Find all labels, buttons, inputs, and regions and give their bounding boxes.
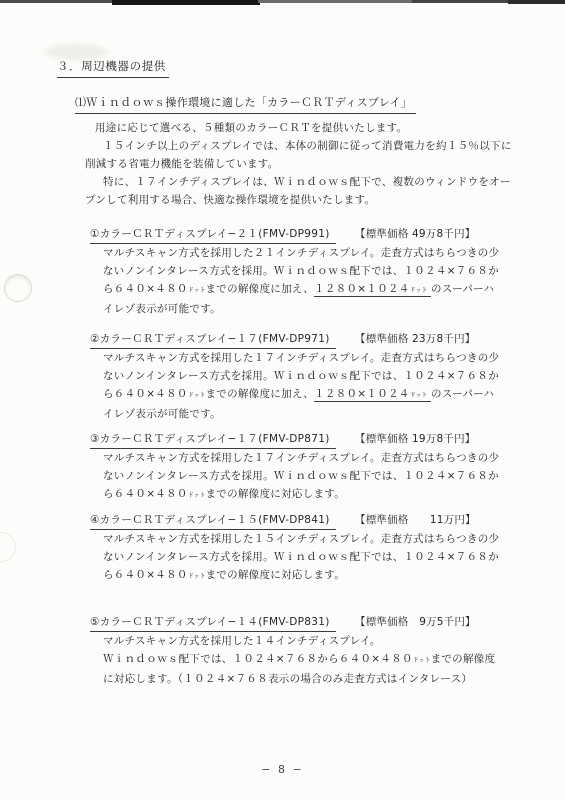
artifact-segment — [112, 0, 260, 5]
product-title: ①カラーＣＲＴディスプレイ−２１(FMV-DP991) — [90, 226, 336, 244]
product-title: ⑤カラーＣＲＴディスプレイ−１４(FMV-DP831) — [90, 614, 336, 632]
product-block-4: ④カラーＣＲＴディスプレイ−１５(FMV-DP841) 【標準価格 11万円】 … — [0, 512, 565, 586]
product-header: ③カラーＣＲＴディスプレイ−１７(FMV-DP871) 【標準価格 19万8千円… — [0, 431, 565, 449]
product-description: マルチスキャン方式を採用した１５インチディスプレイ。走査方式はちらつきの少 ない… — [0, 530, 565, 586]
product-line: ら６４０×４８０ドットまでの解像度に加え、１２８０×１０２４ドット のスーパーハ — [103, 280, 565, 300]
text-segment: マルチスキャン方式を採用した１５インチディスプレイ。走査方式はちらつきの少 — [103, 533, 499, 545]
product-price: 【標準価格 19万8千円】 — [355, 431, 475, 447]
product-title: ②カラーＣＲＴディスプレイ−１７(FMV-DP971) — [90, 331, 336, 349]
text-segment: イレゾ表示が可能です。 — [103, 303, 221, 315]
intro-line: プンして利用する場合、快適な操作環境を提供いたします。 — [85, 191, 525, 209]
product-block-3: ③カラーＣＲＴディスプレイ−１７(FMV-DP871) 【標準価格 19万8千円… — [0, 431, 565, 505]
product-line: ないノンインタレース方式を採用。Ｗｉｎｄｏｗｓ配下では、１０２４×７６８か — [103, 548, 565, 566]
text-segment: イレゾ表示が可能です。 — [103, 408, 221, 420]
product-line: Ｗｉｎｄｏｗｓ配下では、１０２４×７６８から６４０×４８０ドットまでの解像度 — [103, 650, 565, 670]
product-line: イレゾ表示が可能です。 — [103, 405, 565, 423]
product-description: マルチスキャン方式を採用した１４インチディスプレイ。 Ｗｉｎｄｏｗｓ配下では、１… — [0, 632, 565, 688]
product-price: 【標準価格 9万5千円】 — [355, 614, 476, 630]
text-segment: マルチスキャン方式を採用した１４インチディスプレイ。 — [103, 635, 381, 647]
text-segment: Ｗｉｎｄｏｗｓ配下では、１０２４×７６８から６４０×４８０ドットまでの解像度 — [103, 653, 495, 665]
text-segment: マルチスキャン方式を採用した１７インチディスプレイ。走査方式はちらつきの少 — [103, 352, 499, 364]
product-block-2: ②カラーＣＲＴディスプレイ−１７(FMV-DP971) 【標準価格 23万8千円… — [0, 331, 565, 423]
product-line: ら６４０×４８０ドットまでの解像度に対応します。 — [103, 485, 565, 505]
text-segment: ら６４０×４８０ドットまでの解像度に加え、 — [103, 283, 314, 295]
product-line: マルチスキャン方式を採用した１４インチディスプレイ。 — [103, 632, 565, 650]
subsection-title: ⑴Ｗｉｎｄｏｗｓ操作環境に適した「カラーＣＲＴディスプレイ」 — [75, 94, 416, 114]
document-page: ３．周辺機器の提供 ⑴Ｗｉｎｄｏｗｓ操作環境に適した「カラーＣＲＴディスプレイ」… — [0, 0, 565, 800]
text-segment: ら６４０×４８０ドットまでの解像度に対応します。 — [103, 569, 345, 581]
intro-line: 特に、１７インチディスプレイは、Ｗｉｎｄｏｗｓ配下で、複数のウィンドウをオー — [85, 173, 525, 191]
product-header: ⑤カラーＣＲＴディスプレイ−１４(FMV-DP831) 【標準価格 9万5千円】 — [0, 614, 565, 632]
artifact-segment — [0, 0, 118, 3]
section-heading: ３．周辺機器の提供 — [57, 58, 169, 78]
page-number: − 8 − — [0, 763, 565, 776]
product-line: ら６４０×４８０ドットまでの解像度に対応します。 — [103, 566, 565, 586]
product-title: ④カラーＣＲＴディスプレイ−１５(FMV-DP841) — [90, 512, 336, 530]
underlined-segment: １２８０×１０２４ドット — [314, 388, 431, 402]
product-line: マルチスキャン方式を採用した１７インチディスプレイ。走査方式はちらつきの少 — [103, 349, 565, 367]
text-segment: のスーパーハ — [431, 388, 494, 400]
product-header: ②カラーＣＲＴディスプレイ−１７(FMV-DP971) 【標準価格 23万8千円… — [0, 331, 565, 349]
product-line: ないノンインタレース方式を採用。Ｗｉｎｄｏｗｓ配下では、１０２４×７６８か — [103, 262, 565, 280]
intro-line: １５インチ以上のディスプレイでは、本体の制御に従って消費電力を約１５％以下に — [85, 137, 525, 155]
text-segment: のスーパーハ — [431, 283, 494, 295]
text-segment: マルチスキャン方式を採用した１７インチディスプレイ。走査方式はちらつきの少 — [103, 452, 499, 464]
product-header: ④カラーＣＲＴディスプレイ−１５(FMV-DP841) 【標準価格 11万円】 — [0, 512, 565, 530]
artifact-segment — [508, 0, 565, 4]
product-line: マルチスキャン方式を採用した１７インチディスプレイ。走査方式はちらつきの少 — [103, 449, 565, 467]
product-title: ③カラーＣＲＴディスプレイ−１７(FMV-DP871) — [90, 431, 336, 449]
product-description: マルチスキャン方式を採用した１７インチディスプレイ。走査方式はちらつきの少 ない… — [0, 449, 565, 505]
product-price: 【標準価格 49万8千円】 — [355, 226, 475, 242]
text-segment: マルチスキャン方式を採用した２１インチディスプレイ。走査方式はちらつきの少 — [103, 247, 499, 259]
artifact-segment — [412, 0, 512, 3]
product-line: ないノンインタレース方式を採用。Ｗｉｎｄｏｗｓ配下では、１０２４×７６８か — [103, 367, 565, 385]
product-line: ら６４０×４８０ドットまでの解像度に加え、１２８０×１０２４ドット のスーパーハ — [103, 385, 565, 405]
intro-paragraph: 用途に応じて選べる、５種類のカラーＣＲＴを提供いたします。 １５インチ以上のディ… — [85, 119, 525, 209]
scan-edge-artifact — [0, 0, 565, 8]
product-description: マルチスキャン方式を採用した２１インチディスプレイ。走査方式はちらつきの少 ない… — [0, 244, 565, 318]
product-price: 【標準価格 11万円】 — [355, 512, 476, 528]
text-segment: ら６４０×４８０ドットまでの解像度に対応します。 — [103, 488, 345, 500]
text-segment: ないノンインタレース方式を採用。Ｗｉｎｄｏｗｓ配下では、１０２４×７６８か — [103, 265, 499, 277]
intro-line: 削減する省電力機能を装備しています。 — [85, 155, 525, 173]
text-segment: ないノンインタレース方式を採用。Ｗｉｎｄｏｗｓ配下では、１０２４×７６８か — [103, 370, 499, 382]
product-description: マルチスキャン方式を採用した１７インチディスプレイ。走査方式はちらつきの少 ない… — [0, 349, 565, 423]
product-block-1: ①カラーＣＲＴディスプレイ−２１(FMV-DP991) 【標準価格 49万8千円… — [0, 226, 565, 318]
underlined-segment: １２８０×１０２４ドット — [314, 283, 431, 297]
intro-line: 用途に応じて選べる、５種類のカラーＣＲＴを提供いたします。 — [85, 119, 525, 137]
product-line: マルチスキャン方式を採用した１５インチディスプレイ。走査方式はちらつきの少 — [103, 530, 565, 548]
product-header: ①カラーＣＲＴディスプレイ−２１(FMV-DP991) 【標準価格 49万8千円… — [0, 226, 565, 244]
text-segment: に対応します。（１０２４×７６８表示の場合のみ走査方式はインタレース） — [103, 673, 472, 685]
text-segment: ら６４０×４８０ドットまでの解像度に加え、 — [103, 388, 314, 400]
artifact-segment — [258, 0, 416, 3]
product-price: 【標準価格 23万8千円】 — [355, 331, 475, 347]
product-line: イレゾ表示が可能です。 — [103, 300, 565, 318]
text-segment: ないノンインタレース方式を採用。Ｗｉｎｄｏｗｓ配下では、１０２４×７６８か — [103, 470, 499, 482]
product-block-5: ⑤カラーＣＲＴディスプレイ−１４(FMV-DP831) 【標準価格 9万5千円】… — [0, 614, 565, 688]
product-line: マルチスキャン方式を採用した２１インチディスプレイ。走査方式はちらつきの少 — [103, 244, 565, 262]
product-line: に対応します。（１０２４×７６８表示の場合のみ走査方式はインタレース） — [103, 670, 565, 688]
product-line: ないノンインタレース方式を採用。Ｗｉｎｄｏｗｓ配下では、１０２４×７６８か — [103, 467, 565, 485]
text-segment: ないノンインタレース方式を採用。Ｗｉｎｄｏｗｓ配下では、１０２４×７６８か — [103, 551, 499, 563]
